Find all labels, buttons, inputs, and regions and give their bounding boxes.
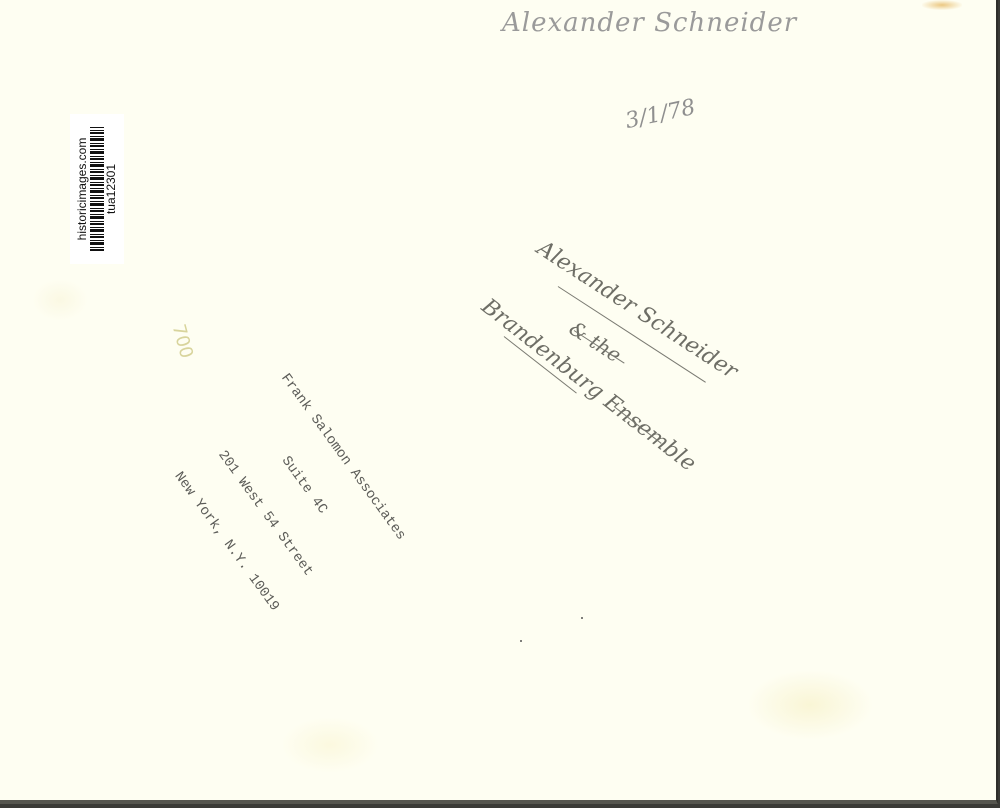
handwritten-caption: Alexander Schneider & the Brandenburg En… [486, 236, 736, 436]
barcode-icon [90, 127, 104, 251]
pencil-mark: 700 [168, 322, 197, 361]
corner-stain [922, 0, 962, 10]
stamp-line-1: Frank Salomon Associates [277, 371, 408, 544]
agency-stamp: Frank Salomon Associates Suite 4C 201 We… [135, 352, 435, 647]
label-site-text: historicimages.com [76, 138, 89, 241]
speck [581, 617, 583, 619]
speck [520, 640, 522, 642]
handwritten-date: 3/1/78 [623, 95, 697, 134]
stamp-line-4: New York, N.Y. 10019 [161, 455, 292, 628]
stamp-line-3: 201 West 54 Street [200, 427, 331, 600]
photo-reverse-side: historicimages.com tua12301 Alexander Sc… [0, 0, 998, 804]
archive-label: historicimages.com tua12301 [70, 114, 124, 264]
stamp-line-2: Suite 4C [238, 399, 369, 572]
label-code-text: tua12301 [105, 164, 118, 214]
handwritten-name: Alexander Schneider [502, 8, 797, 38]
